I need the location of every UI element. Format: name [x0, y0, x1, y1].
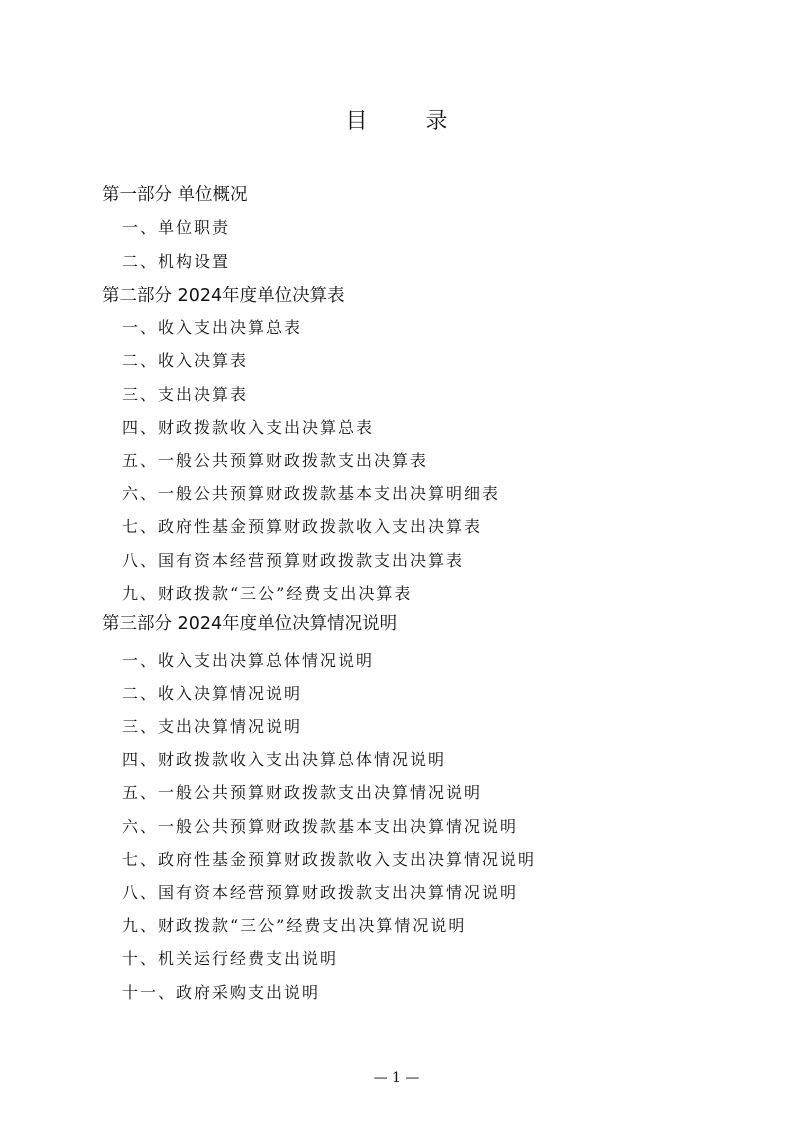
toc-item: 三、支出决算表 — [122, 382, 248, 405]
toc-item: 七、政府性基金预算财政拨款收入支出决算表 — [122, 514, 482, 537]
toc-item: 一、收入支出决算总表 — [122, 315, 302, 338]
toc-item: 一、单位职责 — [122, 215, 230, 238]
toc-item: 四、财政拨款收入支出决算总体情况说明 — [122, 747, 446, 770]
page-number: — 1 — — [0, 1070, 793, 1086]
toc-item: 八、国有资本经营预算财政拨款支出决算表 — [122, 548, 464, 571]
toc-item: 五、一般公共预算财政拨款支出决算表 — [122, 448, 428, 471]
toc-item: 二、收入决算表 — [122, 348, 248, 371]
page-title: 目 录 — [0, 104, 793, 135]
toc-item: 一、收入支出决算总体情况说明 — [122, 648, 374, 671]
toc-item: 九、财政拨款“三公”经费支出决算表 — [122, 581, 412, 604]
toc-item: 五、一般公共预算财政拨款支出决算情况说明 — [122, 780, 482, 803]
toc-part-heading: 第三部分 2024年度单位决算情况说明 — [102, 610, 397, 635]
toc-item: 七、政府性基金预算财政拨款收入支出决算情况说明 — [122, 847, 536, 870]
toc-item: 九、财政拨款“三公”经费支出决算情况说明 — [122, 913, 466, 936]
toc-part-heading: 第二部分 2024年度单位决算表 — [102, 282, 345, 307]
toc-item: 六、一般公共预算财政拨款基本支出决算情况说明 — [122, 814, 518, 837]
toc-part-heading: 第一部分 单位概况 — [102, 181, 248, 206]
toc-item: 十一、政府采购支出说明 — [122, 980, 320, 1003]
toc-item: 三、支出决算情况说明 — [122, 714, 302, 737]
toc-item: 六、一般公共预算财政拨款基本支出决算明细表 — [122, 481, 500, 504]
toc-item: 八、国有资本经营预算财政拨款支出决算情况说明 — [122, 880, 518, 903]
toc-item: 四、财政拨款收入支出决算总表 — [122, 415, 374, 438]
toc-item: 十、机关运行经费支出说明 — [122, 946, 338, 969]
toc-item: 二、收入决算情况说明 — [122, 681, 302, 704]
toc-item: 二、机构设置 — [122, 249, 230, 272]
